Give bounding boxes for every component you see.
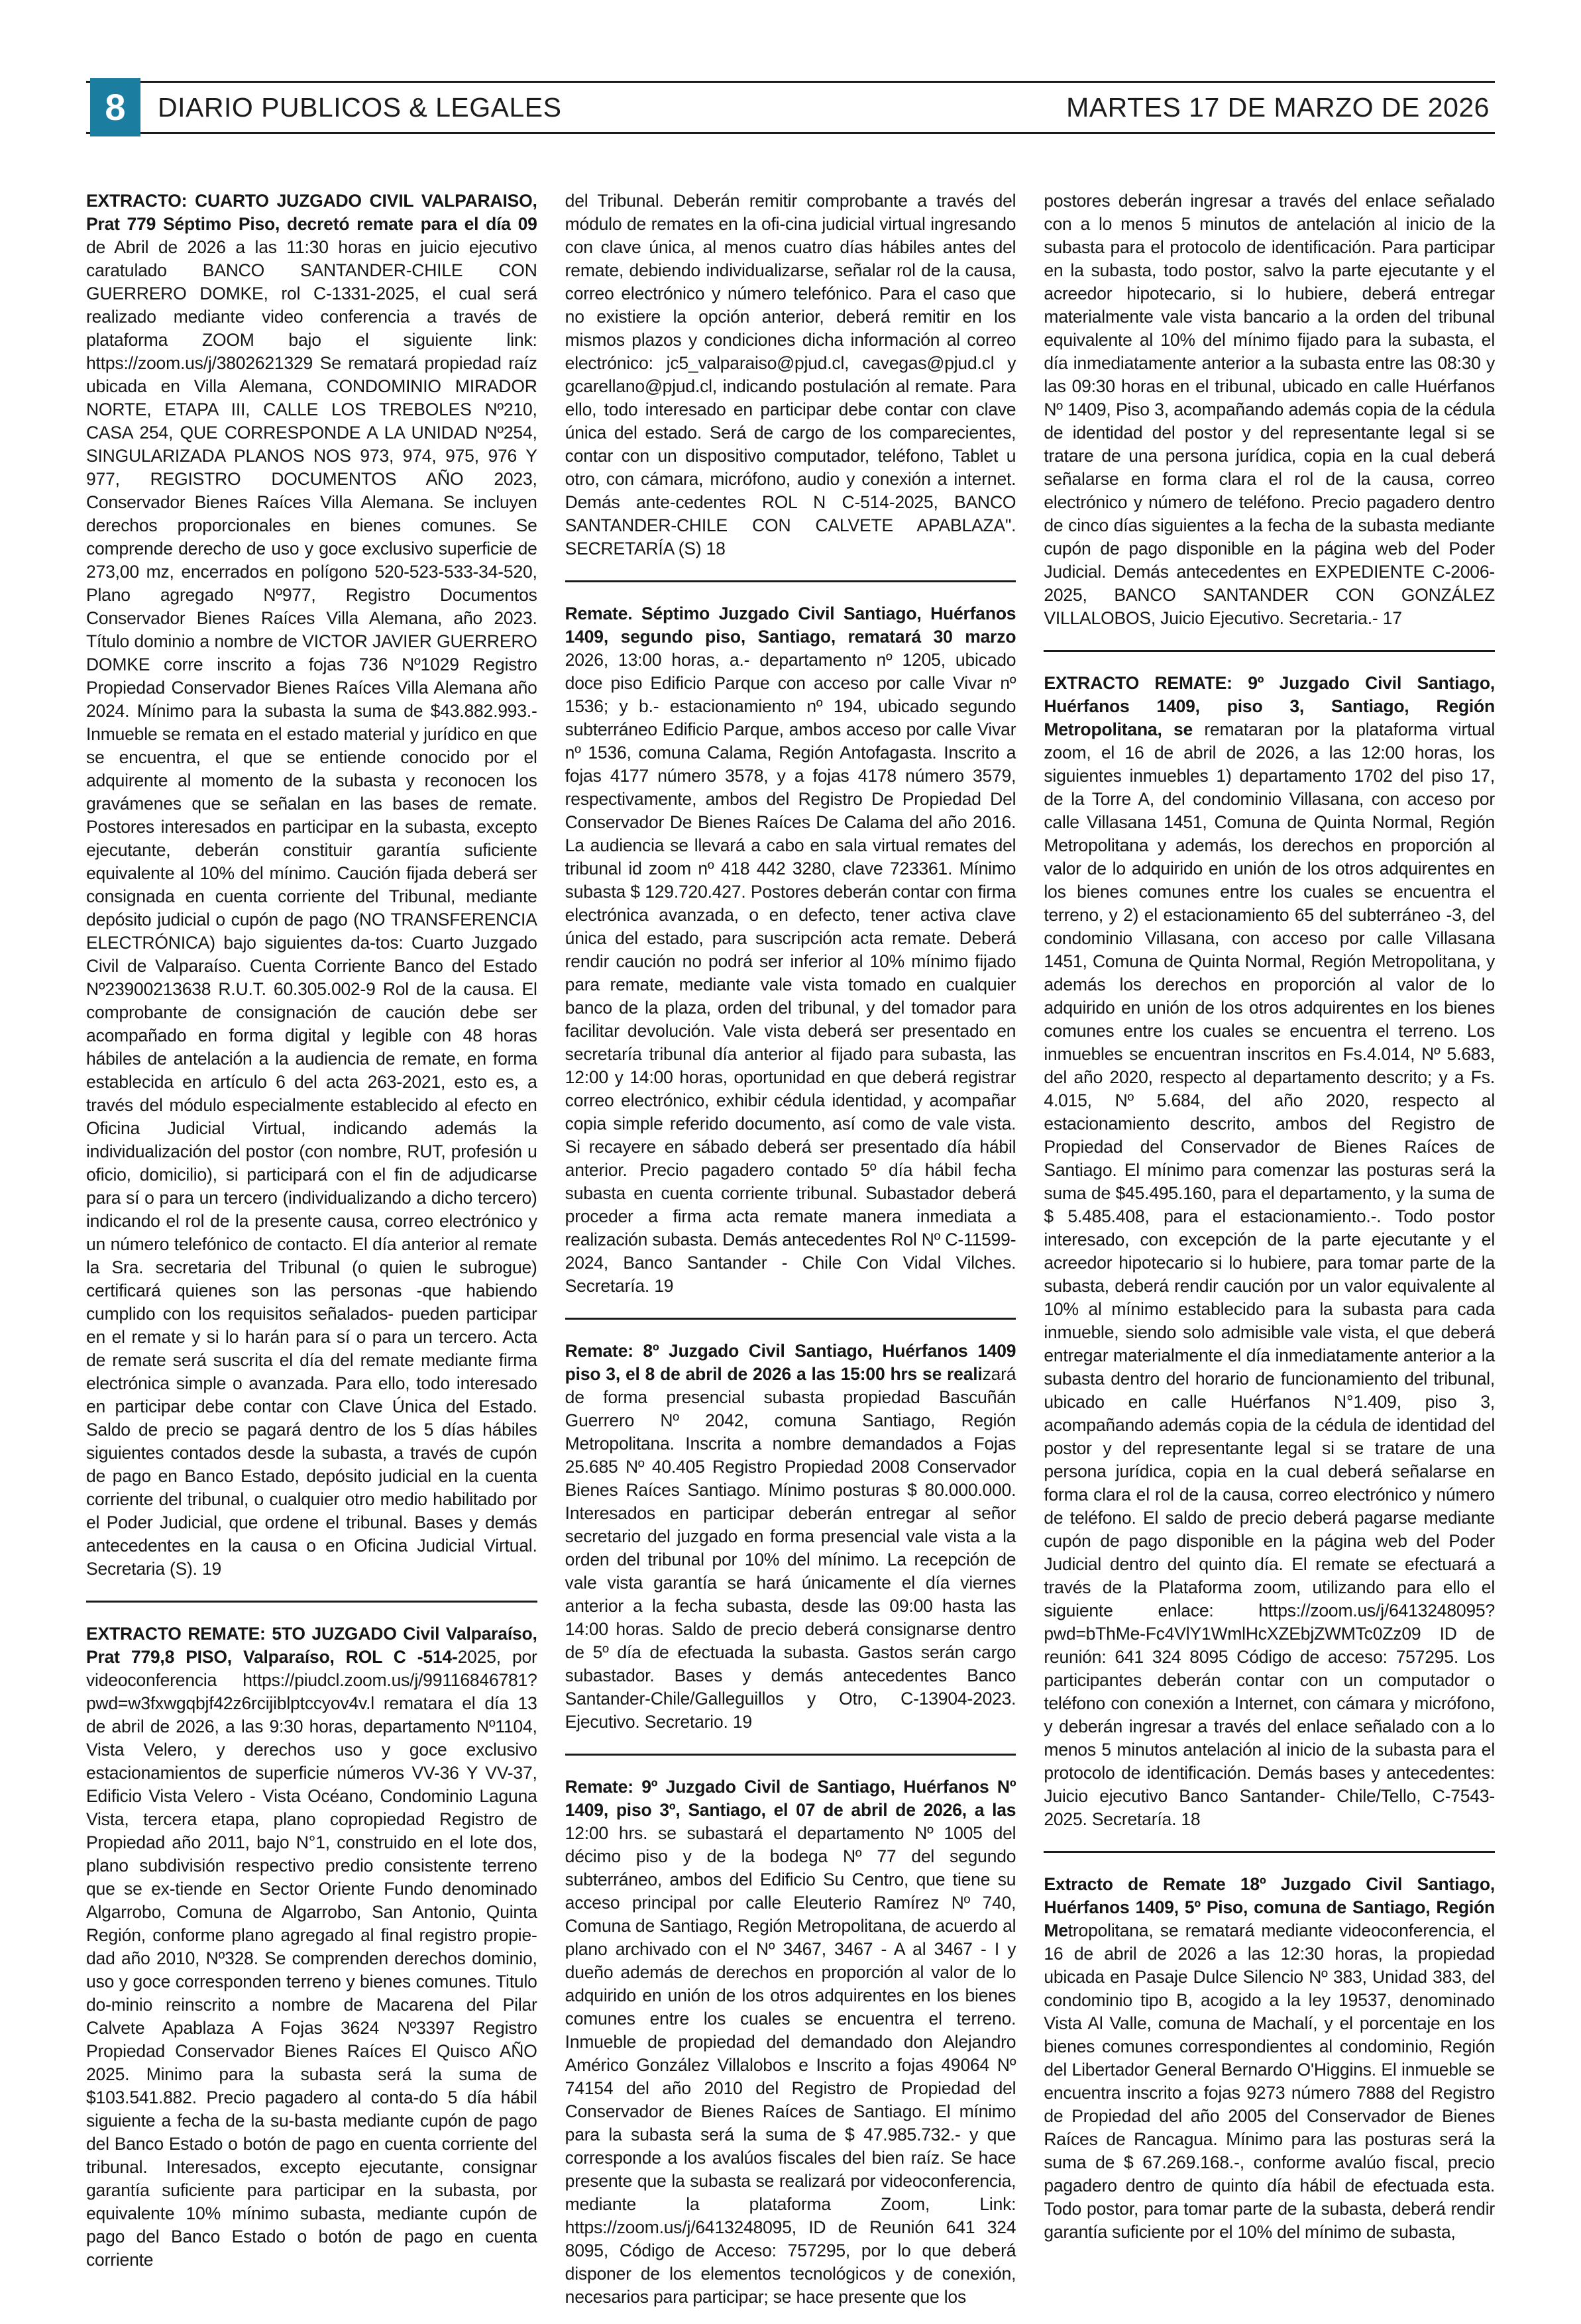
notice-divider (565, 1318, 1016, 1320)
notice-body: 2025, por videoconferencia https://piudc… (86, 1647, 537, 2270)
legal-notice: Extracto de Remate 18º Juzgado Civil San… (1044, 1873, 1495, 2244)
notice-divider (565, 1754, 1016, 1756)
text-column-3: postores deberán ingresar a través del e… (1044, 189, 1495, 2309)
text-column-2: del Tribunal. Deberán remitir comprobant… (565, 189, 1016, 2309)
legal-notice: Remate: 9º Juzgado Civil de Santiago, Hu… (565, 1775, 1016, 2309)
notice-lead: Remate: 8º Juzgado Civil Santiago, Huérf… (565, 1341, 1016, 1384)
notice-body: postores deberán ingresar a través del e… (1044, 191, 1495, 628)
legal-notice: Remate. Séptimo Juzgado Civil Santiago, … (565, 602, 1016, 1298)
legal-notice: del Tribunal. Deberán remitir comprobant… (565, 189, 1016, 560)
notice-body: tropolitana, se rematará mediante videoc… (1044, 1921, 1495, 2242)
notice-divider (1044, 1851, 1495, 1853)
legal-notice: EXTRACTO: CUARTO JUZGADO CIVIL VALPARAIS… (86, 189, 537, 1581)
legal-notice: EXTRACTO REMATE: 9º Juzgado Civil Santia… (1044, 672, 1495, 1831)
notice-body: 2026, 13:00 horas, a.- departamento nº 1… (565, 650, 1016, 1296)
notice-body: zará de forma presencial subasta propied… (565, 1364, 1016, 1732)
notice-lead: Remate. Séptimo Juzgado Civil Santiago, … (565, 604, 1016, 647)
section-title: DIARIO PUBLICOS & LEGALES (158, 92, 561, 123)
legal-notice: EXTRACTO REMATE: 5TO JUZGADO Civil Valpa… (86, 1622, 537, 2272)
legal-notice: Remate: 8º Juzgado Civil Santiago, Huérf… (565, 1340, 1016, 1734)
edition-date: MARTES 17 DE MARZO DE 2026 (1066, 92, 1490, 123)
notice-divider (1044, 650, 1495, 652)
masthead: 8 DIARIO PUBLICOS & LEGALES MARTES 17 DE… (86, 81, 1495, 134)
notices-columns: EXTRACTO: CUARTO JUZGADO CIVIL VALPARAIS… (86, 189, 1495, 2309)
notice-lead: EXTRACTO: CUARTO JUZGADO CIVIL VALPARAIS… (86, 191, 537, 234)
notice-divider (565, 580, 1016, 582)
legal-notice: postores deberán ingresar a través del e… (1044, 189, 1495, 630)
notice-lead: Remate: 9º Juzgado Civil de Santiago, Hu… (565, 1777, 1016, 1820)
page-number-badge: 8 (90, 78, 140, 136)
notice-divider (86, 1601, 537, 1603)
notice-body: 12:00 hrs. se subastará el departamento … (565, 1823, 1016, 2307)
notice-body: remataran por la plataforma virtual zoom… (1044, 719, 1495, 1829)
page-number: 8 (105, 89, 125, 126)
notice-body: de Abril de 2026 a las 11:30 horas en ju… (86, 237, 537, 1579)
notice-body: del Tribunal. Deberán remitir comprobant… (565, 191, 1016, 558)
newspaper-page: 8 DIARIO PUBLICOS & LEGALES MARTES 17 DE… (0, 0, 1581, 2324)
text-column-1: EXTRACTO: CUARTO JUZGADO CIVIL VALPARAIS… (86, 189, 537, 2309)
